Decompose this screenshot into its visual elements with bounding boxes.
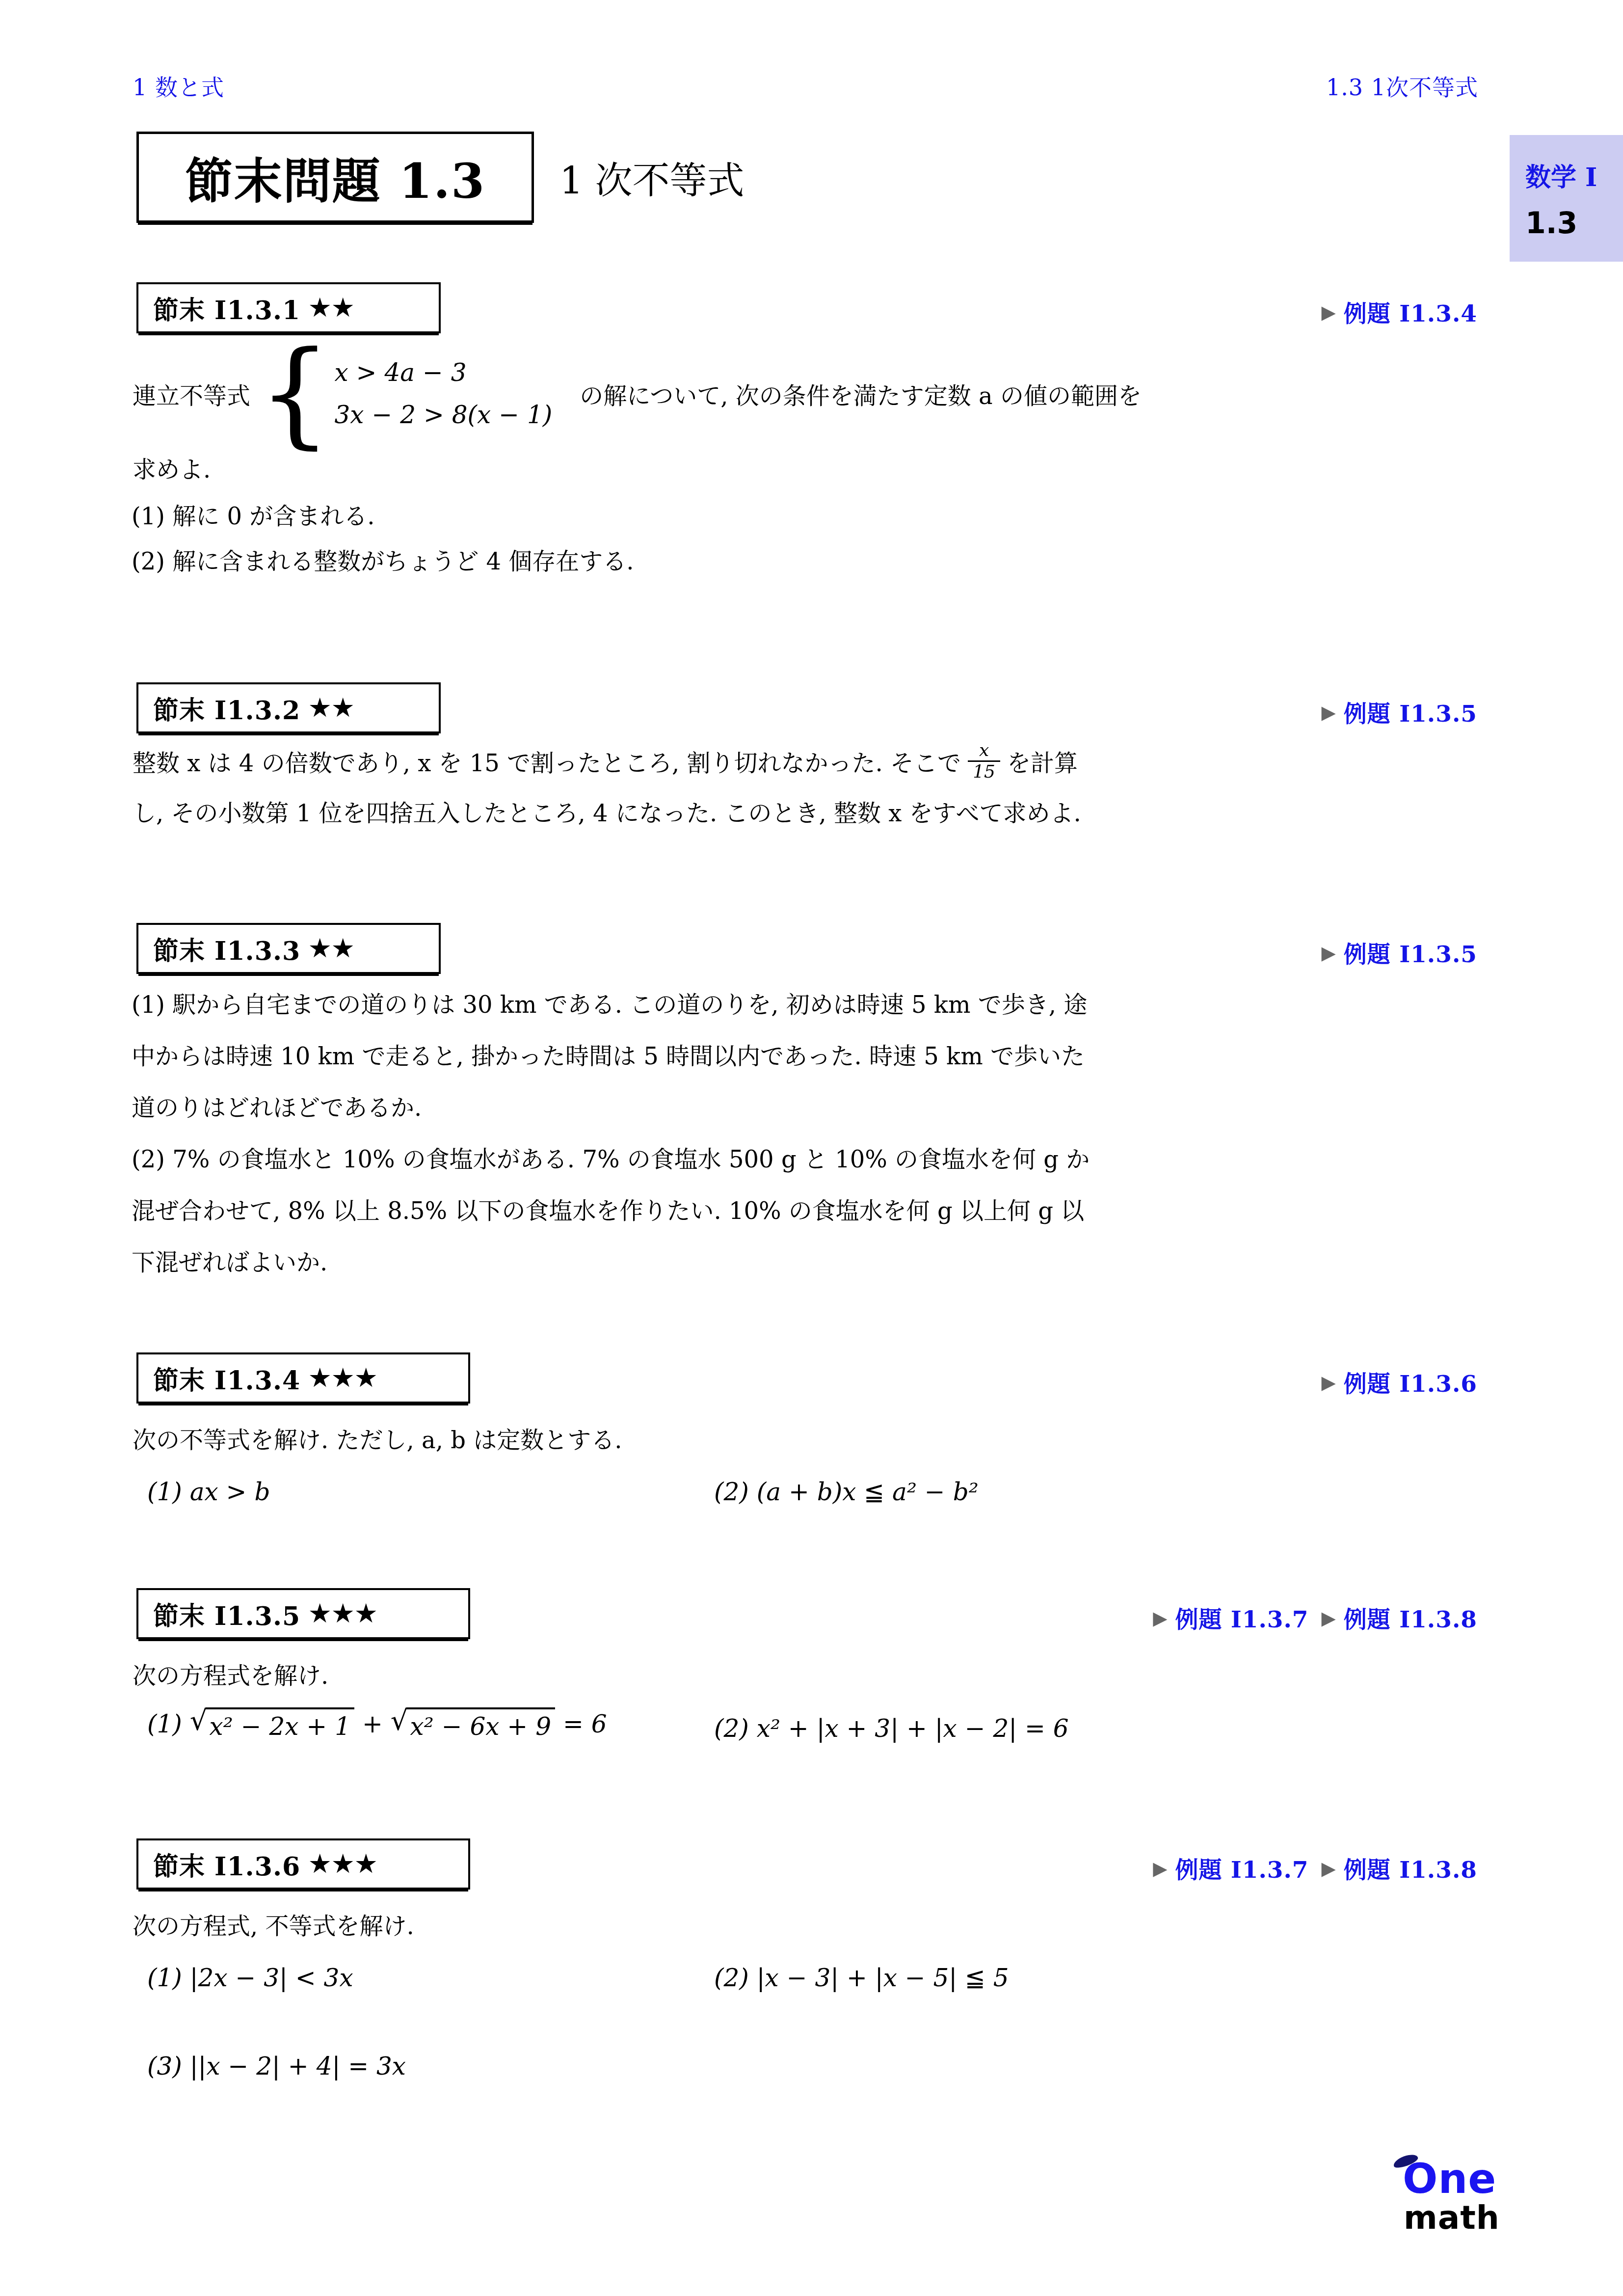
system-brace: { <box>258 350 332 438</box>
problem-5-label: 節末 I1.3.5 <box>153 1595 300 1632</box>
system-inequality-2: 3x − 2 > 8(x − 1) <box>335 400 553 430</box>
problem-5-intro: 次の方程式を解け. <box>133 1657 328 1691</box>
problem-4-eq-2: (2) (a + b)x ≦ a² − b² <box>714 1478 979 1506</box>
fraction-x-over-15: x 15 <box>968 740 1000 783</box>
problem-3-label-box: 節末 I1.3.3 ★★ <box>136 923 441 974</box>
problem-6-stars: ★★★ <box>309 1850 378 1878</box>
problem-5-reference-link-2[interactable]: ▶ 例題 I1.3.8 <box>1322 1601 1477 1634</box>
problem-1-label-box: 節末 I1.3.1 ★★ <box>136 282 441 333</box>
problem-3-line: 道のりはどれほどであるか. <box>132 1082 1090 1134</box>
problem-6-reference-link-2[interactable]: ▶ 例題 I1.3.8 <box>1322 1852 1477 1885</box>
problem-2-label: 節末 I1.3.2 <box>153 690 300 727</box>
logo-one-text: One <box>1403 2159 1496 2198</box>
page-title-row: 節末問題 1.3 1 次不等式 <box>136 132 745 223</box>
sqrt-term-2: √ x² − 6x + 9 <box>391 1707 555 1741</box>
breadcrumb-section: 1.3 1次不等式 <box>1326 70 1478 102</box>
problem-3-line: 混ぜ合わせて, 8% 以上 8.5% 以下の食塩水を作りたい. 10% の食塩水… <box>132 1186 1090 1237</box>
problem-1-intro-cont: 求めよ. <box>133 451 211 485</box>
problem-5-reference-link-1[interactable]: ▶ 例題 I1.3.7 <box>1153 1601 1308 1634</box>
problem-5-reference-label-1: 例題 I1.3.7 <box>1175 1601 1308 1634</box>
radical-sign: √ <box>391 1707 408 1735</box>
problem-3-stars: ★★ <box>309 935 355 962</box>
problem-1-item-1: (1) 解に 0 が含まれる. <box>132 497 375 531</box>
problem-1-item-2: (2) 解に含まれる整数がちょうど 4 個存在する. <box>132 542 634 576</box>
problem-6-label-box: 節末 I1.3.6 ★★★ <box>136 1838 470 1890</box>
problem-2-line1-after: を計算 <box>1007 744 1078 778</box>
link-triangle-icon: ▶ <box>1322 1859 1336 1878</box>
problem-6-intro: 次の方程式, 不等式を解け. <box>133 1907 414 1941</box>
problem-2-line-1: 整数 x は 4 の倍数であり, x を 15 で割ったところ, 割り切れなかっ… <box>133 740 1078 783</box>
link-triangle-icon: ▶ <box>1322 703 1336 722</box>
problem-4-eq-1: (1) ax > b <box>147 1478 270 1506</box>
side-tab-section: 1.3 <box>1525 206 1623 241</box>
problem-6-eq-3: (3) ||x − 2| + 4| = 3x <box>147 2052 406 2080</box>
problem-4-intro: 次の不等式を解け. ただし, a, b は定数とする. <box>133 1421 622 1455</box>
eq-prefix: (1) <box>147 1710 182 1738</box>
problem-3-line: (1) 駅から自宅までの道のりは 30 km である. この道のりを, 初めは時… <box>132 979 1090 1031</box>
problem-1-reference-label: 例題 I1.3.4 <box>1344 296 1477 328</box>
problem-1-reference-link[interactable]: ▶ 例題 I1.3.4 <box>1322 296 1477 328</box>
problem-3-line: (2) 7% の食塩水と 10% の食塩水がある. 7% の食塩水 500 g … <box>132 1134 1090 1186</box>
breadcrumb-chapter: 1 数と式 <box>133 70 224 102</box>
problem-6-reference-link-1[interactable]: ▶ 例題 I1.3.7 <box>1153 1852 1308 1885</box>
problem-4-stars: ★★★ <box>309 1364 378 1392</box>
link-triangle-icon: ▶ <box>1153 1609 1167 1627</box>
link-triangle-icon: ▶ <box>1322 1609 1336 1627</box>
problem-5-label-box: 節末 I1.3.5 ★★★ <box>136 1588 470 1639</box>
problem-3-line: 中からは時速 10 km で走ると, 掛かった時間は 5 時間以内であった. 時… <box>132 1031 1090 1082</box>
problem-2-stars: ★★ <box>309 694 355 722</box>
radicand-1: x² − 2x + 1 <box>206 1707 354 1741</box>
fraction-denominator: 15 <box>968 760 1000 782</box>
problem-4-label: 節末 I1.3.4 <box>153 1360 300 1397</box>
problem-5-eq-2: (2) x² + |x + 3| + |x − 2| = 6 <box>714 1714 1069 1743</box>
problem-2-label-box: 節末 I1.3.2 ★★ <box>136 682 441 733</box>
page-title-box: 節末問題 1.3 <box>136 132 534 223</box>
logo-one-label: One <box>1403 2155 1496 2203</box>
radical-sign: √ <box>190 1707 208 1735</box>
problem-6-reference-label-1: 例題 I1.3.7 <box>1175 1852 1308 1885</box>
side-tab-subject: 数学 I <box>1525 157 1623 193</box>
problem-2-line1-before: 整数 x は 4 の倍数であり, x を 15 で割ったところ, 割り切れなかっ… <box>133 744 961 778</box>
fraction-numerator: x <box>974 740 994 760</box>
link-triangle-icon: ▶ <box>1322 1373 1336 1392</box>
problem-6-eq-1: (1) |2x − 3| < 3x <box>147 1964 353 1992</box>
problem-5-reference-links: ▶ 例題 I1.3.7 ▶ 例題 I1.3.8 <box>1153 1601 1477 1634</box>
problem-1-stars: ★★ <box>309 294 355 322</box>
plus-sign: + <box>362 1710 383 1738</box>
page-title: 節末問題 1.3 <box>185 143 486 212</box>
problem-6-reference-links: ▶ 例題 I1.3.7 ▶ 例題 I1.3.8 <box>1153 1852 1477 1885</box>
problem-5-stars: ★★★ <box>309 1600 378 1627</box>
side-tab[interactable]: 数学 I 1.3 <box>1510 135 1623 262</box>
problem-3-reference-link[interactable]: ▶ 例題 I1.3.5 <box>1322 936 1477 969</box>
sqrt-term-1: √ x² − 2x + 1 <box>190 1707 354 1741</box>
radicand-2: x² − 6x + 9 <box>406 1707 555 1741</box>
problem-3-line: 下混ぜればよいか. <box>132 1237 1090 1289</box>
link-triangle-icon: ▶ <box>1322 303 1336 322</box>
problem-4-reference-link[interactable]: ▶ 例題 I1.3.6 <box>1322 1366 1477 1399</box>
publisher-logo: One math <box>1403 2159 1550 2233</box>
problem-6-eq-2: (2) |x − 3| + |x − 5| ≦ 5 <box>714 1964 1009 1992</box>
problem-2-reference-link[interactable]: ▶ 例題 I1.3.5 <box>1322 696 1477 729</box>
system-inequality-1: x > 4a − 3 <box>335 358 553 387</box>
problem-2-reference-label: 例題 I1.3.5 <box>1344 696 1477 729</box>
problem-6-reference-label-2: 例題 I1.3.8 <box>1344 1852 1477 1885</box>
logo-math-text: math <box>1404 2203 1550 2233</box>
problem-3-reference-label: 例題 I1.3.5 <box>1344 936 1477 969</box>
problem-3-label: 節末 I1.3.3 <box>153 930 300 967</box>
problem-1-system: x > 4a − 3 3x − 2 > 8(x − 1) <box>335 358 553 430</box>
problem-6-label: 節末 I1.3.6 <box>153 1846 300 1883</box>
problem-1-intro-prefix: 連立不等式 <box>133 377 250 411</box>
link-triangle-icon: ▶ <box>1322 944 1336 962</box>
problem-2-line-2: し, その小数第 1 位を四捨五入したところ, 4 になった. このとき, 整数… <box>133 794 1081 828</box>
problem-1-intro-suffix: の解について, 次の条件を満たす定数 a の値の範囲を <box>580 377 1142 411</box>
problem-4-label-box: 節末 I1.3.4 ★★★ <box>136 1352 470 1404</box>
problem-1-label: 節末 I1.3.1 <box>153 290 300 326</box>
page-subtitle: 1 次不等式 <box>559 151 745 204</box>
problem-3-body: (1) 駅から自宅までの道のりは 30 km である. この道のりを, 初めは時… <box>132 979 1090 1289</box>
problem-5-eq-1: (1) √ x² − 2x + 1 + √ x² − 6x + 9 = 6 <box>147 1707 607 1741</box>
problem-1-intro-row: 連立不等式 { x > 4a − 3 3x − 2 > 8(x − 1) の解に… <box>133 350 1142 438</box>
problem-4-reference-label: 例題 I1.3.6 <box>1344 1366 1477 1399</box>
eq-suffix: = 6 <box>563 1710 607 1738</box>
link-triangle-icon: ▶ <box>1153 1859 1167 1878</box>
problem-5-reference-label-2: 例題 I1.3.8 <box>1344 1601 1477 1634</box>
